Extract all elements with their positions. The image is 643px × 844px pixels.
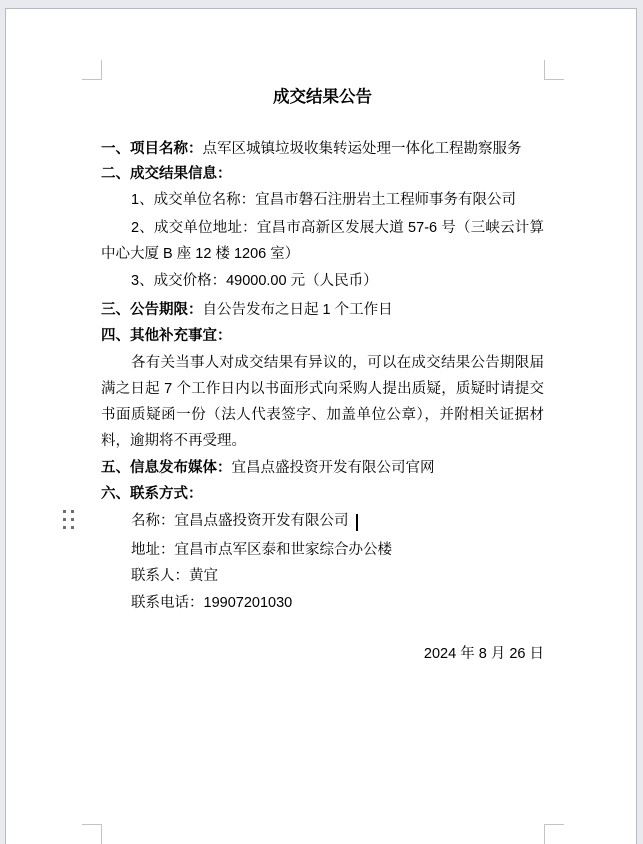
handle-dot: [63, 518, 66, 521]
section-period-value: 自公告发布之日起 1 个工作日: [203, 302, 393, 318]
handle-dot: [71, 526, 74, 529]
result-item-price[interactable]: 3、成交价格：49000.00 元（人民币）: [131, 271, 378, 291]
section-media-label: 五、信息发布媒体：: [101, 460, 232, 476]
result-item-winner-address-line1[interactable]: 2、成交单位地址：宜昌市高新区发展大道 57-6 号（三峡云计算: [131, 218, 544, 238]
contact-person-line[interactable]: 联系人：黄宜: [131, 566, 218, 586]
document-page[interactable]: 成交结果公告 一、项目名称：点军区城镇垃圾收集转运处理一体化工程勘察服务 二、成…: [5, 8, 637, 844]
contact-phone-line[interactable]: 联系电话：19907201030: [131, 593, 292, 613]
section-project-line[interactable]: 一、项目名称：点军区城镇垃圾收集转运处理一体化工程勘察服务: [101, 139, 522, 159]
contact-name-line[interactable]: 名称：宜昌点盛投资开发有限公司: [131, 511, 349, 531]
document-title[interactable]: 成交结果公告: [101, 86, 544, 108]
section-project-label: 一、项目名称：: [101, 141, 203, 157]
result-item-winner-address-line2[interactable]: 中心大厦 B 座 12 楼 1206 室）: [101, 244, 299, 264]
margin-mark-top-right-icon: [544, 60, 564, 80]
section-period-label: 三、公告期限：: [101, 302, 203, 318]
section-notes-heading[interactable]: 四、其他补充事宜：: [101, 326, 232, 346]
text-cursor: [356, 514, 358, 531]
handle-dot: [63, 526, 66, 529]
result-item-winner-name[interactable]: 1、成交单位名称：宜昌市磐石注册岩土工程师事务有限公司: [131, 190, 516, 210]
notes-paragraph-line3[interactable]: 书面质疑函一份（法人代表签字、加盖单位公章），并附相关证据材: [101, 405, 544, 425]
notes-paragraph-line1[interactable]: 各有关当事人对成交结果有异议的，可以在成交结果公告期限届: [131, 353, 544, 373]
margin-mark-bottom-left-icon: [82, 824, 102, 844]
section-project-value: 点军区城镇垃圾收集转运处理一体化工程勘察服务: [203, 141, 522, 157]
section-period-line[interactable]: 三、公告期限：自公告发布之日起 1 个工作日: [101, 300, 393, 320]
handle-dot: [71, 510, 74, 513]
document-date[interactable]: 2024 年 8 月 26 日: [101, 644, 544, 664]
notes-paragraph-line4[interactable]: 料，逾期将不再受理。: [101, 431, 246, 451]
margin-mark-top-left-icon: [82, 60, 102, 80]
editor-background: 成交结果公告 一、项目名称：点军区城镇垃圾收集转运处理一体化工程勘察服务 二、成…: [0, 0, 643, 844]
section-media-line[interactable]: 五、信息发布媒体：宜昌点盛投资开发有限公司官网: [101, 458, 435, 478]
paragraph-drag-handle-icon[interactable]: [63, 510, 74, 529]
contact-address-line[interactable]: 地址：宜昌市点军区泰和世家综合办公楼: [131, 540, 392, 560]
section-result-heading[interactable]: 二、成交结果信息：: [101, 164, 232, 184]
handle-dot: [71, 518, 74, 521]
section-contact-heading[interactable]: 六、联系方式：: [101, 484, 203, 504]
margin-mark-bottom-right-icon: [544, 824, 564, 844]
notes-paragraph-line2[interactable]: 满之日起 7 个工作日内以书面形式向采购人提出质疑，质疑时请提交: [101, 379, 544, 399]
handle-dot: [63, 510, 66, 513]
section-media-value: 宜昌点盛投资开发有限公司官网: [232, 460, 435, 476]
